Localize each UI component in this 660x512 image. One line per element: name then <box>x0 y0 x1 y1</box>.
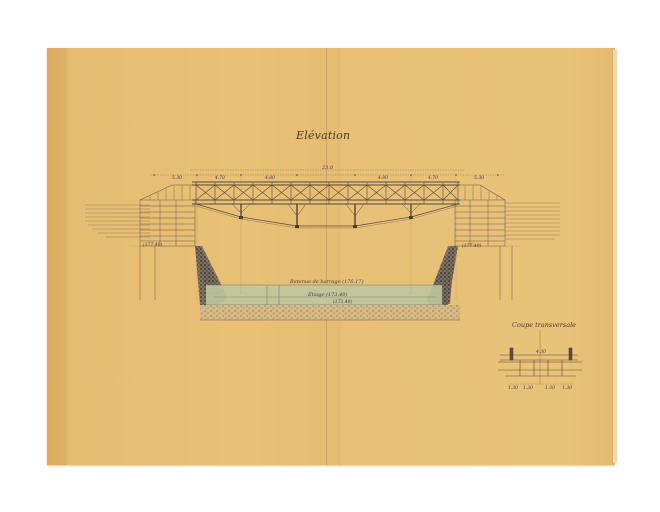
elevation-drawing <box>0 0 660 512</box>
cross-section-width: 4.30 <box>536 350 546 355</box>
span-segment-5: 4.70 <box>428 176 438 181</box>
span-segment-4: 4.80 <box>378 176 388 181</box>
span-segment-1: 5.30 <box>172 176 182 181</box>
low-water-label: Étiage (173.40) <box>308 292 347 298</box>
cross-section-seg-2: 1.30 <box>523 386 533 391</box>
left-abutment-level: (177.40) <box>143 243 162 248</box>
cross-section-seg-3: 1.30 <box>545 386 555 391</box>
high-water-label: Retenue de barrage (176.17) <box>290 279 364 285</box>
cross-section-seg-1: 1.30 <box>508 386 518 391</box>
total-span-label: 23.0 <box>322 165 333 171</box>
span-segment-6: 5.30 <box>474 176 484 181</box>
right-abutment-level: (177.40) <box>462 244 481 249</box>
cross-section-title: Coupe transversale <box>512 321 576 329</box>
bed-level-label: (172.40) <box>333 300 352 305</box>
cross-section-seg-4: 1.30 <box>562 386 572 391</box>
span-segment-3: 4.80 <box>265 176 275 181</box>
cross-section-drawing <box>498 330 582 384</box>
span-segment-2: 4.70 <box>215 176 225 181</box>
